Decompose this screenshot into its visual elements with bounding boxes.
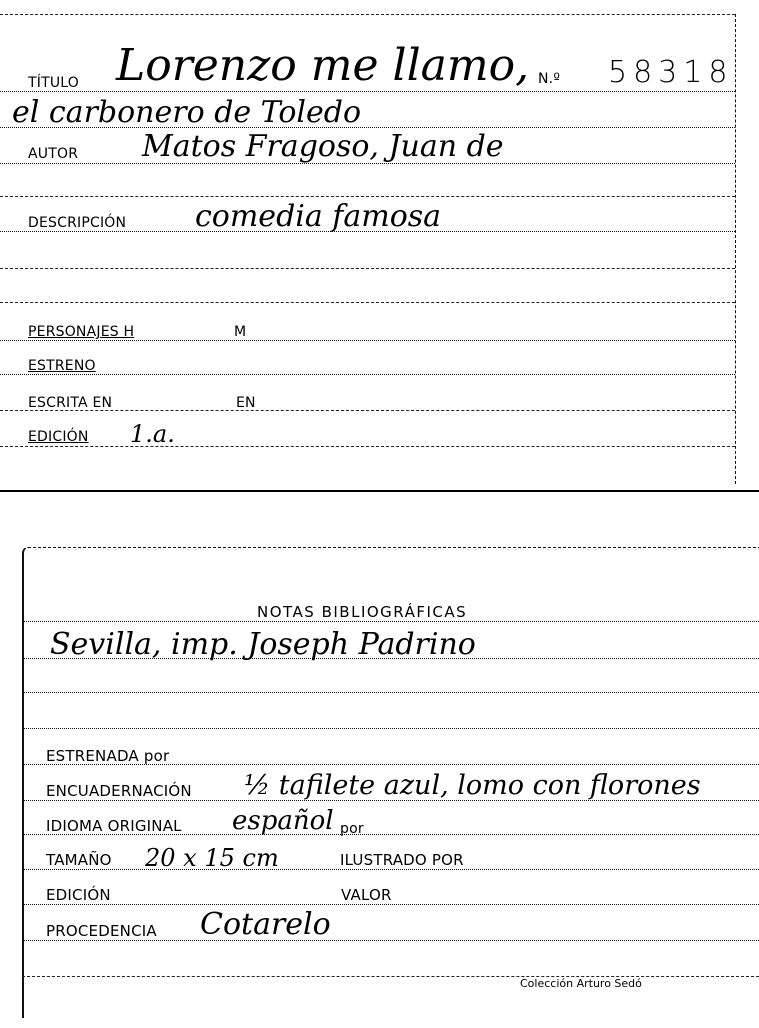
escrita-label: ESCRITA EN (28, 396, 112, 410)
descripcion-label: DESCRIPCIÓN (28, 216, 126, 230)
collection-footer: Colección Arturo Sedó (520, 977, 642, 990)
notas-title-line (22, 621, 759, 622)
escrita-en-label: EN (236, 396, 256, 410)
autor-value: Matos Fragoso, Juan de (142, 132, 504, 162)
ilustrado-label: ILUSTRADO POR (340, 853, 464, 868)
estrenada-label: ESTRENADA por (46, 749, 169, 764)
encuadernacion-value: ½ tafilete azul, lomo con florones (244, 772, 701, 799)
edicion-valor-line (22, 904, 759, 905)
descripcion-value: comedia famosa (195, 202, 441, 232)
notas-value: Sevilla, imp. Joseph Padrino (50, 630, 476, 660)
idioma-value: español (232, 808, 334, 834)
estreno-label: ESTRENO (28, 359, 96, 373)
notas-line-2 (22, 692, 759, 693)
card-top-edge (0, 14, 735, 15)
personajes-line (0, 340, 735, 341)
blank-line-3 (0, 302, 735, 303)
edicion-line (0, 446, 735, 447)
tamano-value: 20 x 15 cm (145, 846, 279, 870)
card-right-edge (735, 14, 736, 484)
bottom-line (22, 976, 759, 977)
idioma-label: IDIOMA ORIGINAL (46, 819, 182, 834)
catalog-card-front: TÍTULO Lorenzo me llamo, N.º 58318 el ca… (0, 0, 759, 492)
titulo-line (0, 91, 735, 92)
procedencia-label: PROCEDENCIA (46, 924, 157, 939)
numero-label: N.º (538, 72, 560, 86)
tamano-label: TAMAÑO (46, 853, 112, 868)
tamano-line (22, 869, 759, 870)
titulo-value-line2: el carbonero de Toledo (12, 98, 361, 128)
notas-title: NOTAS BIBLIOGRÁFICAS (257, 605, 467, 620)
edicion-back-label: EDICIÓN (46, 888, 111, 903)
procedencia-value: Cotarelo (200, 910, 331, 940)
numero-value: 58318 (608, 58, 733, 88)
encuadernacion-label: ENCUADERNACIÓN (46, 784, 192, 799)
titulo-value: Lorenzo me llamo, (116, 44, 529, 88)
blank-line-1 (0, 196, 735, 197)
personajes-label: PERSONAJES H (28, 325, 134, 339)
estreno-line (0, 374, 735, 375)
notas-line-3 (22, 728, 759, 729)
edicion-value: 1.a. (130, 422, 175, 446)
valor-label: VALOR (341, 888, 392, 903)
personajes-m-label: M (234, 325, 246, 339)
idioma-por-label: por (340, 822, 364, 836)
procedencia-line (22, 940, 759, 941)
blank-line-2 (0, 268, 735, 269)
catalog-card-back: NOTAS BIBLIOGRÁFICAS Sevilla, imp. Josep… (0, 492, 759, 1028)
edicion-label: EDICIÓN (28, 430, 89, 444)
titulo-label: TÍTULO (28, 76, 79, 90)
autor-label: AUTOR (28, 147, 78, 161)
